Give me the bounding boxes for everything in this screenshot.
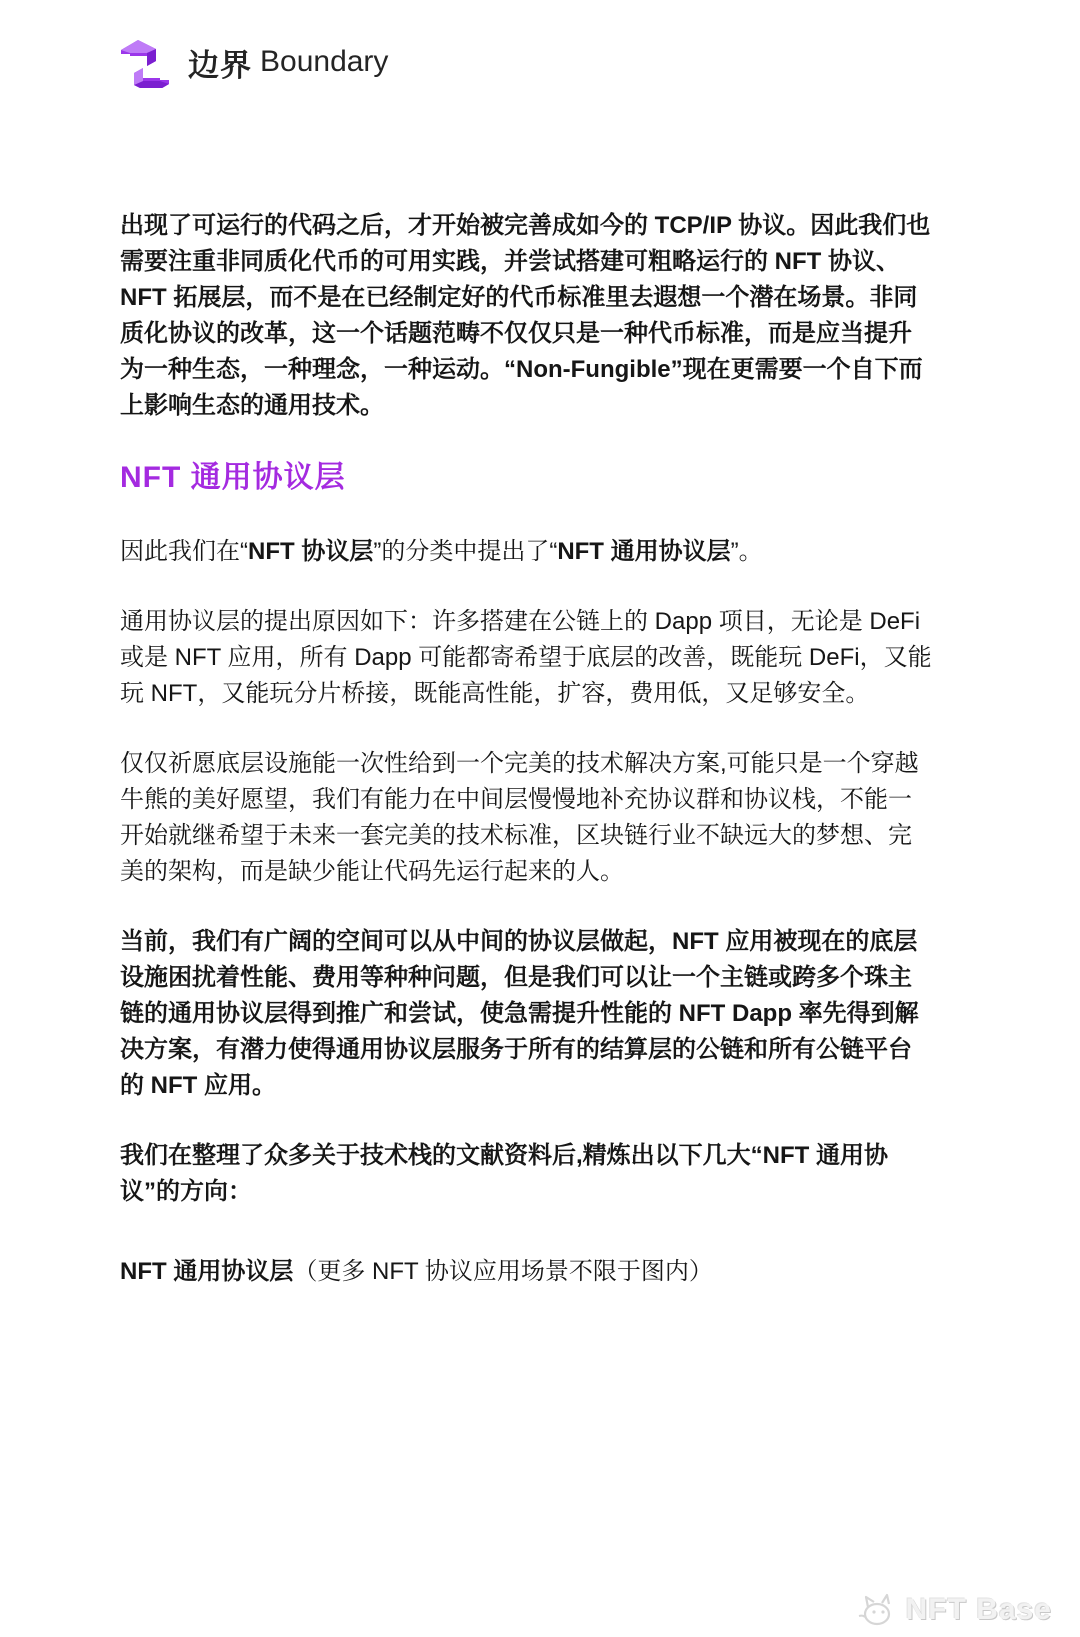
section-heading: NFT 通用协议层 [120,460,932,496]
text-segment: （更多 NFT 协议应用场景不限于图内） [293,1258,713,1285]
paragraph: 当前，我们有广阔的空间可以从中间的协议层做起，NFT 应用被现在的底层设施困扰着… [120,924,932,1104]
paragraph: 因此我们在“NFT 协议层”的分类中提出了“NFT 通用协议层”。 [120,534,932,570]
text-segment: ”的分类中提出了“ [373,538,557,565]
text-segment: NFT 通用协议层 [557,538,730,565]
paragraph: 通用协议层的提出原因如下：许多搭建在公链上的 Dapp 项目，无论是 DeFi … [120,604,932,712]
paragraph: NFT 通用协议层（更多 NFT 协议应用场景不限于图内） [120,1254,932,1290]
watermark-text: NFT Base [906,1593,1052,1627]
text-segment: ”。 [731,538,763,565]
article-page: 边界 Boundary 出现了可运行的代码之后，才开始被完善成如今的 TCP/I… [0,0,1080,1637]
brand-name-en: Boundary [260,45,388,79]
text-segment: NFT 通用协议层 [120,1258,293,1285]
paragraph: 出现了可运行的代码之后，才开始被完善成如今的 TCP/IP 协议。因此我们也需要… [120,208,932,424]
text-segment: 当前，我们有广阔的空间可以从中间的协议层做起，NFT 应用被现在的底层设施困扰着… [120,928,919,1099]
watermark: NFT Base [856,1591,1052,1629]
paragraph: 仅仅祈愿底层设施能一次性给到一个完美的技术解决方案,可能只是一个穿越牛熊的美好愿… [120,746,932,890]
article-body: 出现了可运行的代码之后，才开始被完善成如今的 TCP/IP 协议。因此我们也需要… [120,208,932,1290]
text-segment: 因此我们在“ [120,538,248,565]
cat-icon [856,1591,898,1629]
paragraph: 我们在整理了众多关于技术栈的文献资料后,精炼出以下几大“NFT 通用协议”的方向… [120,1138,932,1210]
text-segment: 我们在整理了众多关于技术栈的文献资料后,精炼出以下几大“NFT 通用协议”的方向… [120,1142,888,1205]
text-segment: 仅仅祈愿底层设施能一次性给到一个完美的技术解决方案,可能只是一个穿越牛熊的美好愿… [120,750,919,885]
brand-name-cn: 边界 [188,40,252,85]
text-segment: 出现了可运行的代码之后，才开始被完善成如今的 TCP/IP 协议。因此我们也需要… [120,212,930,419]
text-segment: 通用协议层的提出原因如下：许多搭建在公链上的 Dapp 项目，无论是 DeFi … [120,608,932,707]
boundary-logo-icon [116,36,174,88]
text-segment: NFT 通用协议层 [120,461,346,494]
brand-header: 边界 Boundary [116,36,388,88]
text-segment: NFT 协议层 [248,538,373,565]
